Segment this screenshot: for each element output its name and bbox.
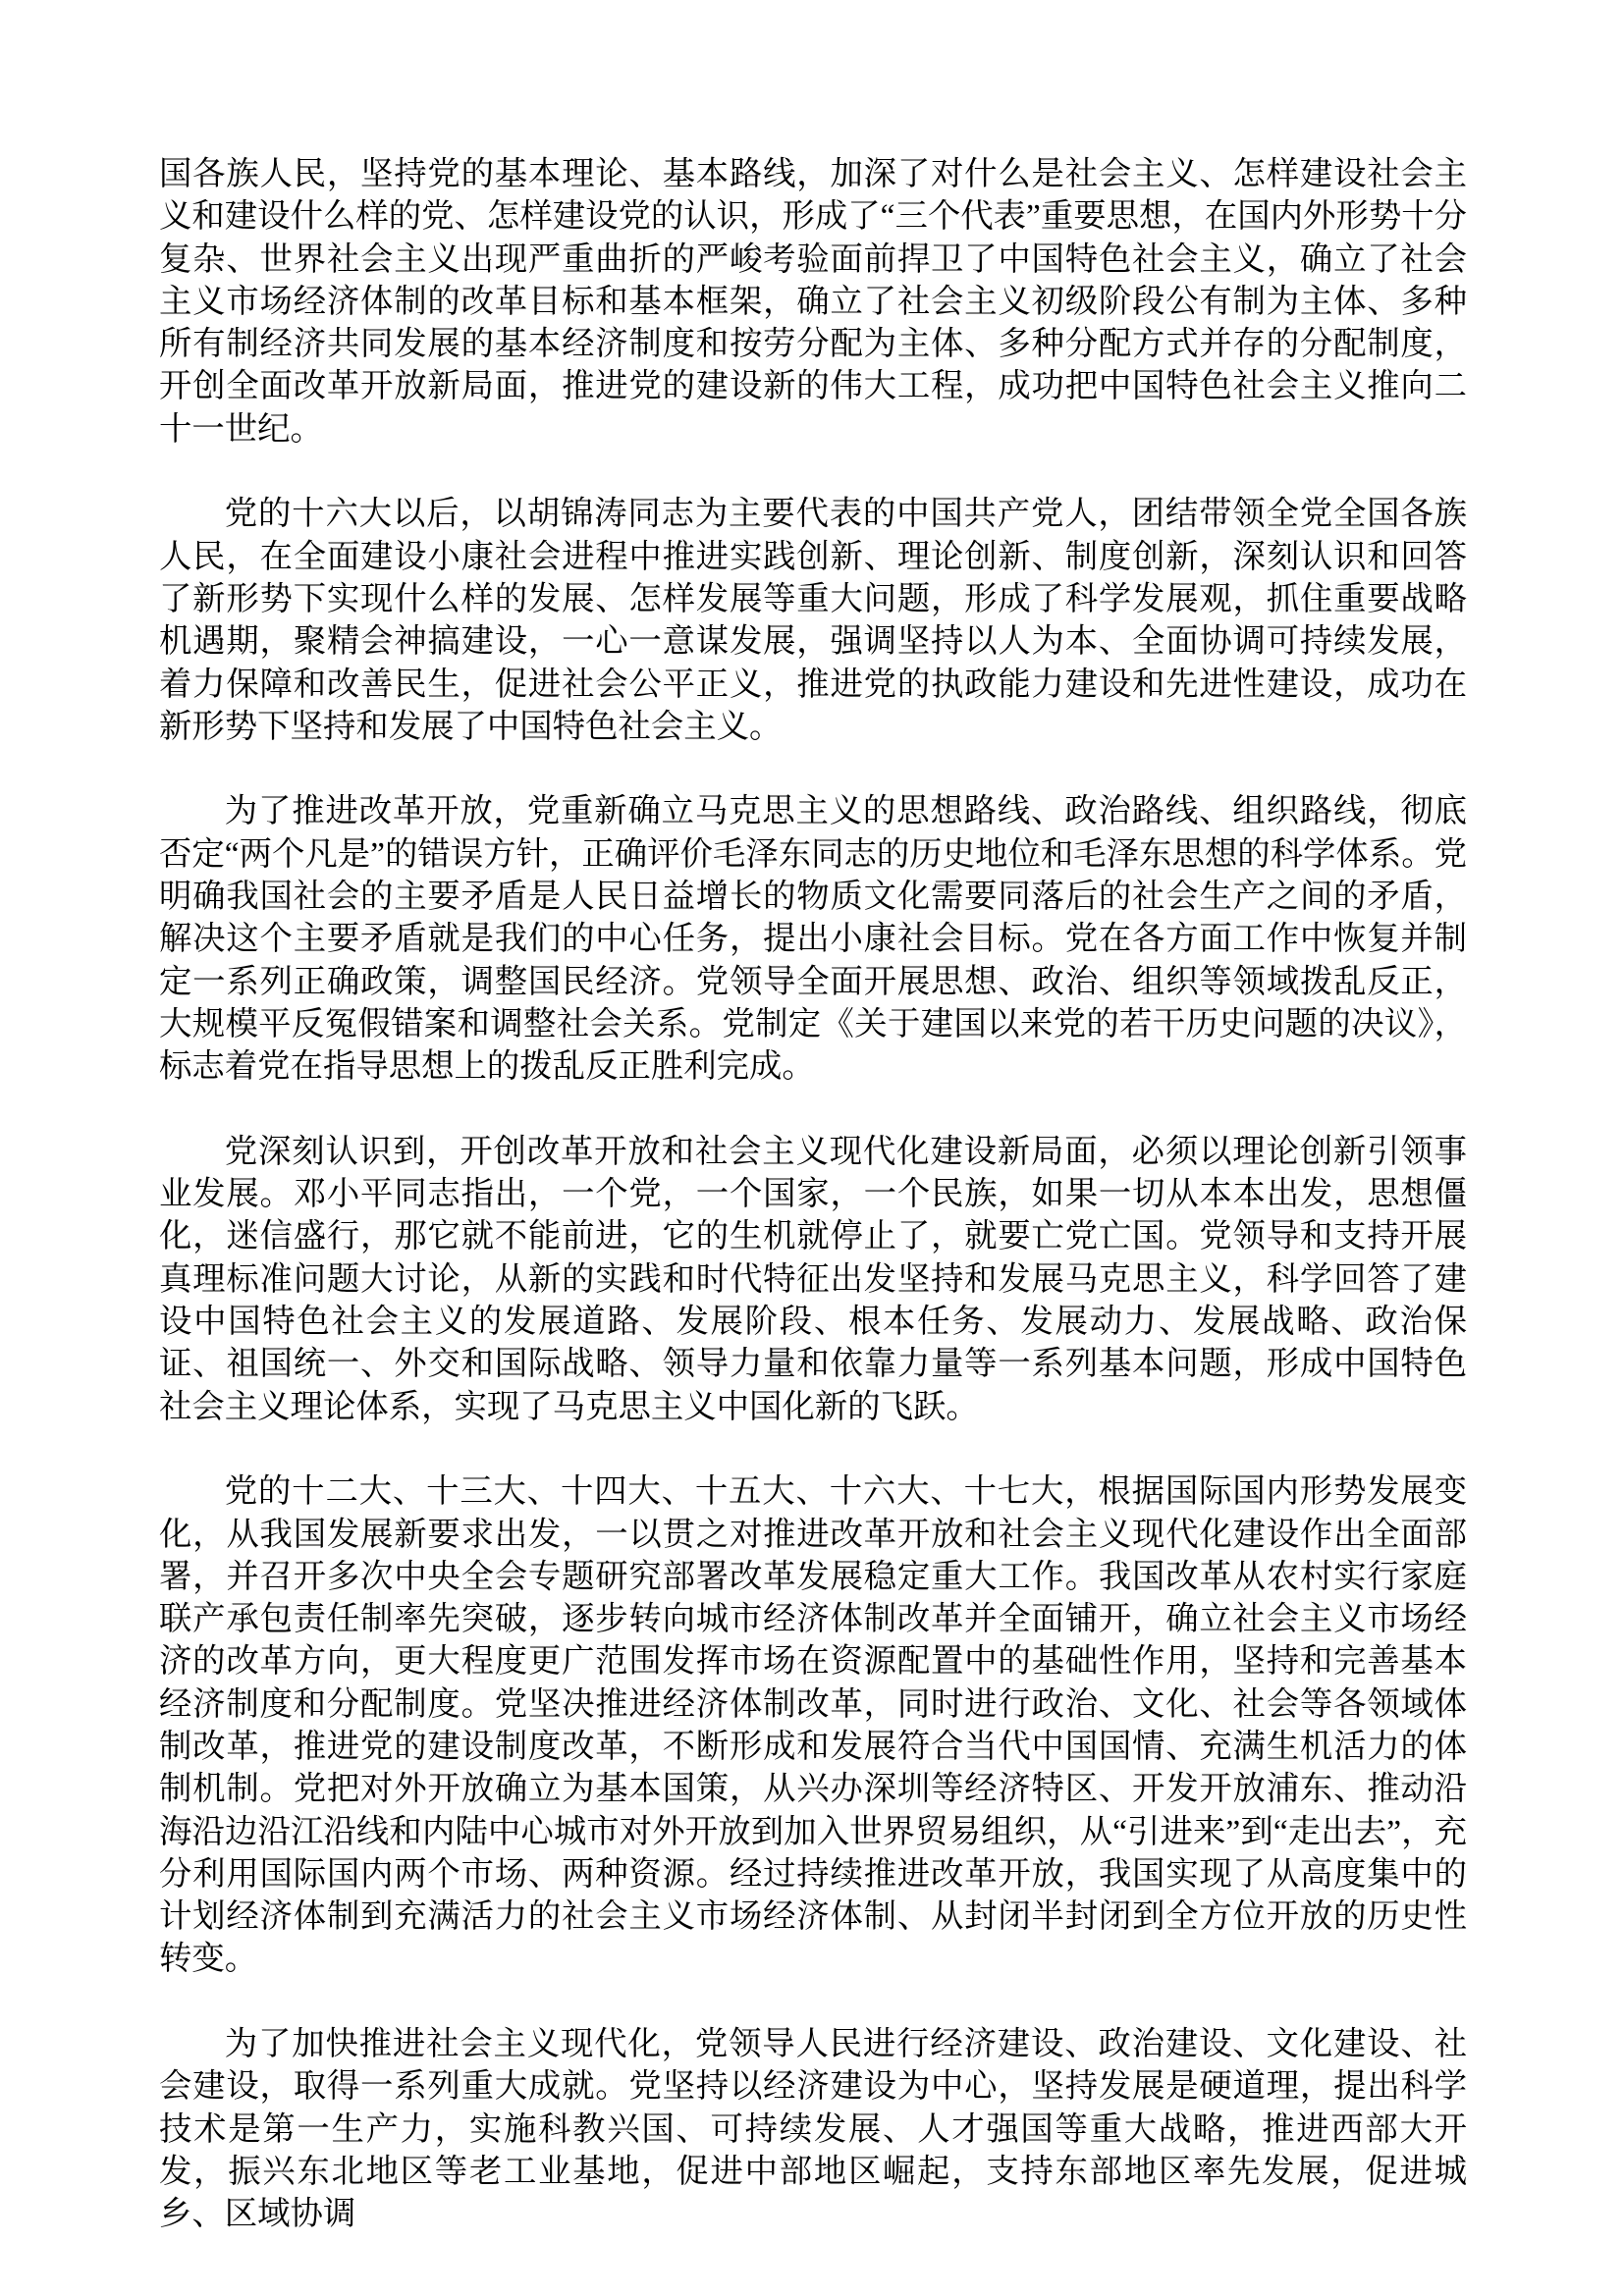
paragraph: 党深刻认识到，开创改革开放和社会主义现代化建设新局面，必须以理论创新引领事业发展… <box>159 1131 1467 1428</box>
paragraph: 为了推进改革开放，党重新确立马克思主义的思想路线、政治路线、组织路线，彻底否定“… <box>159 790 1467 1088</box>
document-page: 国各族人民，坚持党的基本理论、基本路线，加深了对什么是社会主义、怎样建设社会主义… <box>0 0 1624 2296</box>
paragraph: 为了加快推进社会主义现代化，党领导人民进行经济建设、政治建设、文化建设、社会建设… <box>159 2023 1467 2235</box>
document-body: 国各族人民，坚持党的基本理论、基本路线，加深了对什么是社会主义、怎样建设社会主义… <box>159 153 1467 2236</box>
paragraph: 党的十二大、十三大、十四大、十五大、十六大、十七大，根据国际国内形势发展变化，从… <box>159 1470 1467 1981</box>
paragraph: 党的十六大以后，以胡锦涛同志为主要代表的中国共产党人，团结带领全党全国各族人民，… <box>159 493 1467 748</box>
paragraph: 国各族人民，坚持党的基本理论、基本路线，加深了对什么是社会主义、怎样建设社会主义… <box>159 153 1467 451</box>
